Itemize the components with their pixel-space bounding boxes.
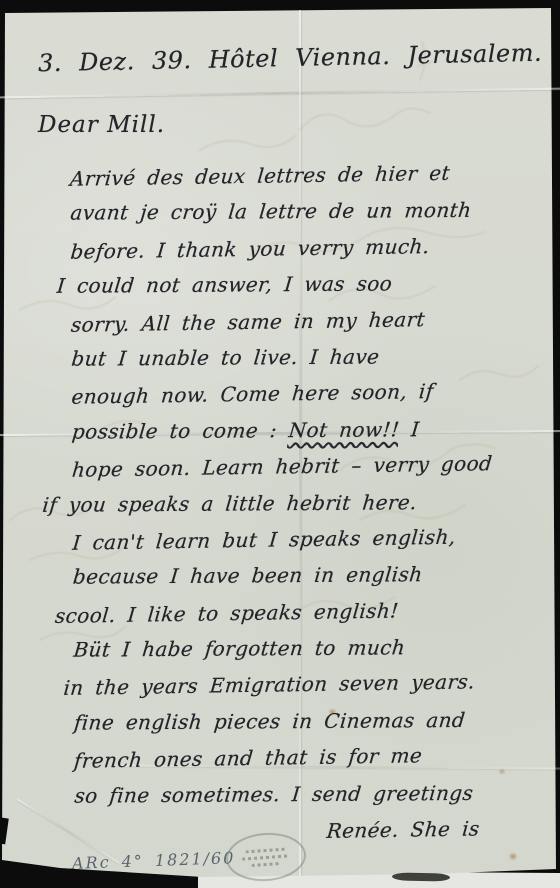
letter-line: enough now. Come here soon, if [69,378,548,422]
letter-line: before. I thank you verry much. [68,232,547,276]
letter-line: so fine sometimes. I send greetings [72,780,551,820]
letter-line: in the years Emigration seven years. [61,669,550,713]
letter-line: hope soon. Learn hebrit – verry good [70,450,549,494]
not-now-pre: possible to come : [71,418,290,444]
letter-line: sorry. All the same in my heart [69,305,548,349]
letter-line: I could not answer, I was soo [55,271,548,311]
stamp-text-row [251,861,281,866]
letter-line-not-now: possible to come : Not now!! I [70,416,549,456]
letter-line: Arrivé des deux lettres de hier et [68,159,547,203]
letter-line: Büt I habe forgotten to much [71,634,550,674]
letter-line: I can't learn but I speaks english, [70,523,549,567]
stamp-text-row [242,854,290,860]
letter-body: Arrivé des deux lettres de hier et avant… [70,161,550,856]
signature-line: Renée. She is [325,815,551,855]
letter-line: if you speaks a little hebrit here. [40,489,549,529]
salutation: Dear Mill. [38,112,165,138]
letter-line: fine english pieces in Cinemas and [72,707,551,747]
letter-line: french ones and that is for me [72,742,551,786]
stamp-text-row [245,847,285,853]
letter-line: but I unable to live. I have [69,343,548,383]
letter-scan: 3. Dez. 39. Hôtel Vienna. Jerusalem. Dea… [0,0,560,888]
letter-line: scool. I like to speaks english! [53,596,550,640]
not-now-underlined: Not now!! [288,417,401,442]
not-now-post: I [398,417,420,441]
letter-line: avant je croÿ la lettre de un month [68,198,547,238]
letter-line: because I have been in english [71,562,550,602]
